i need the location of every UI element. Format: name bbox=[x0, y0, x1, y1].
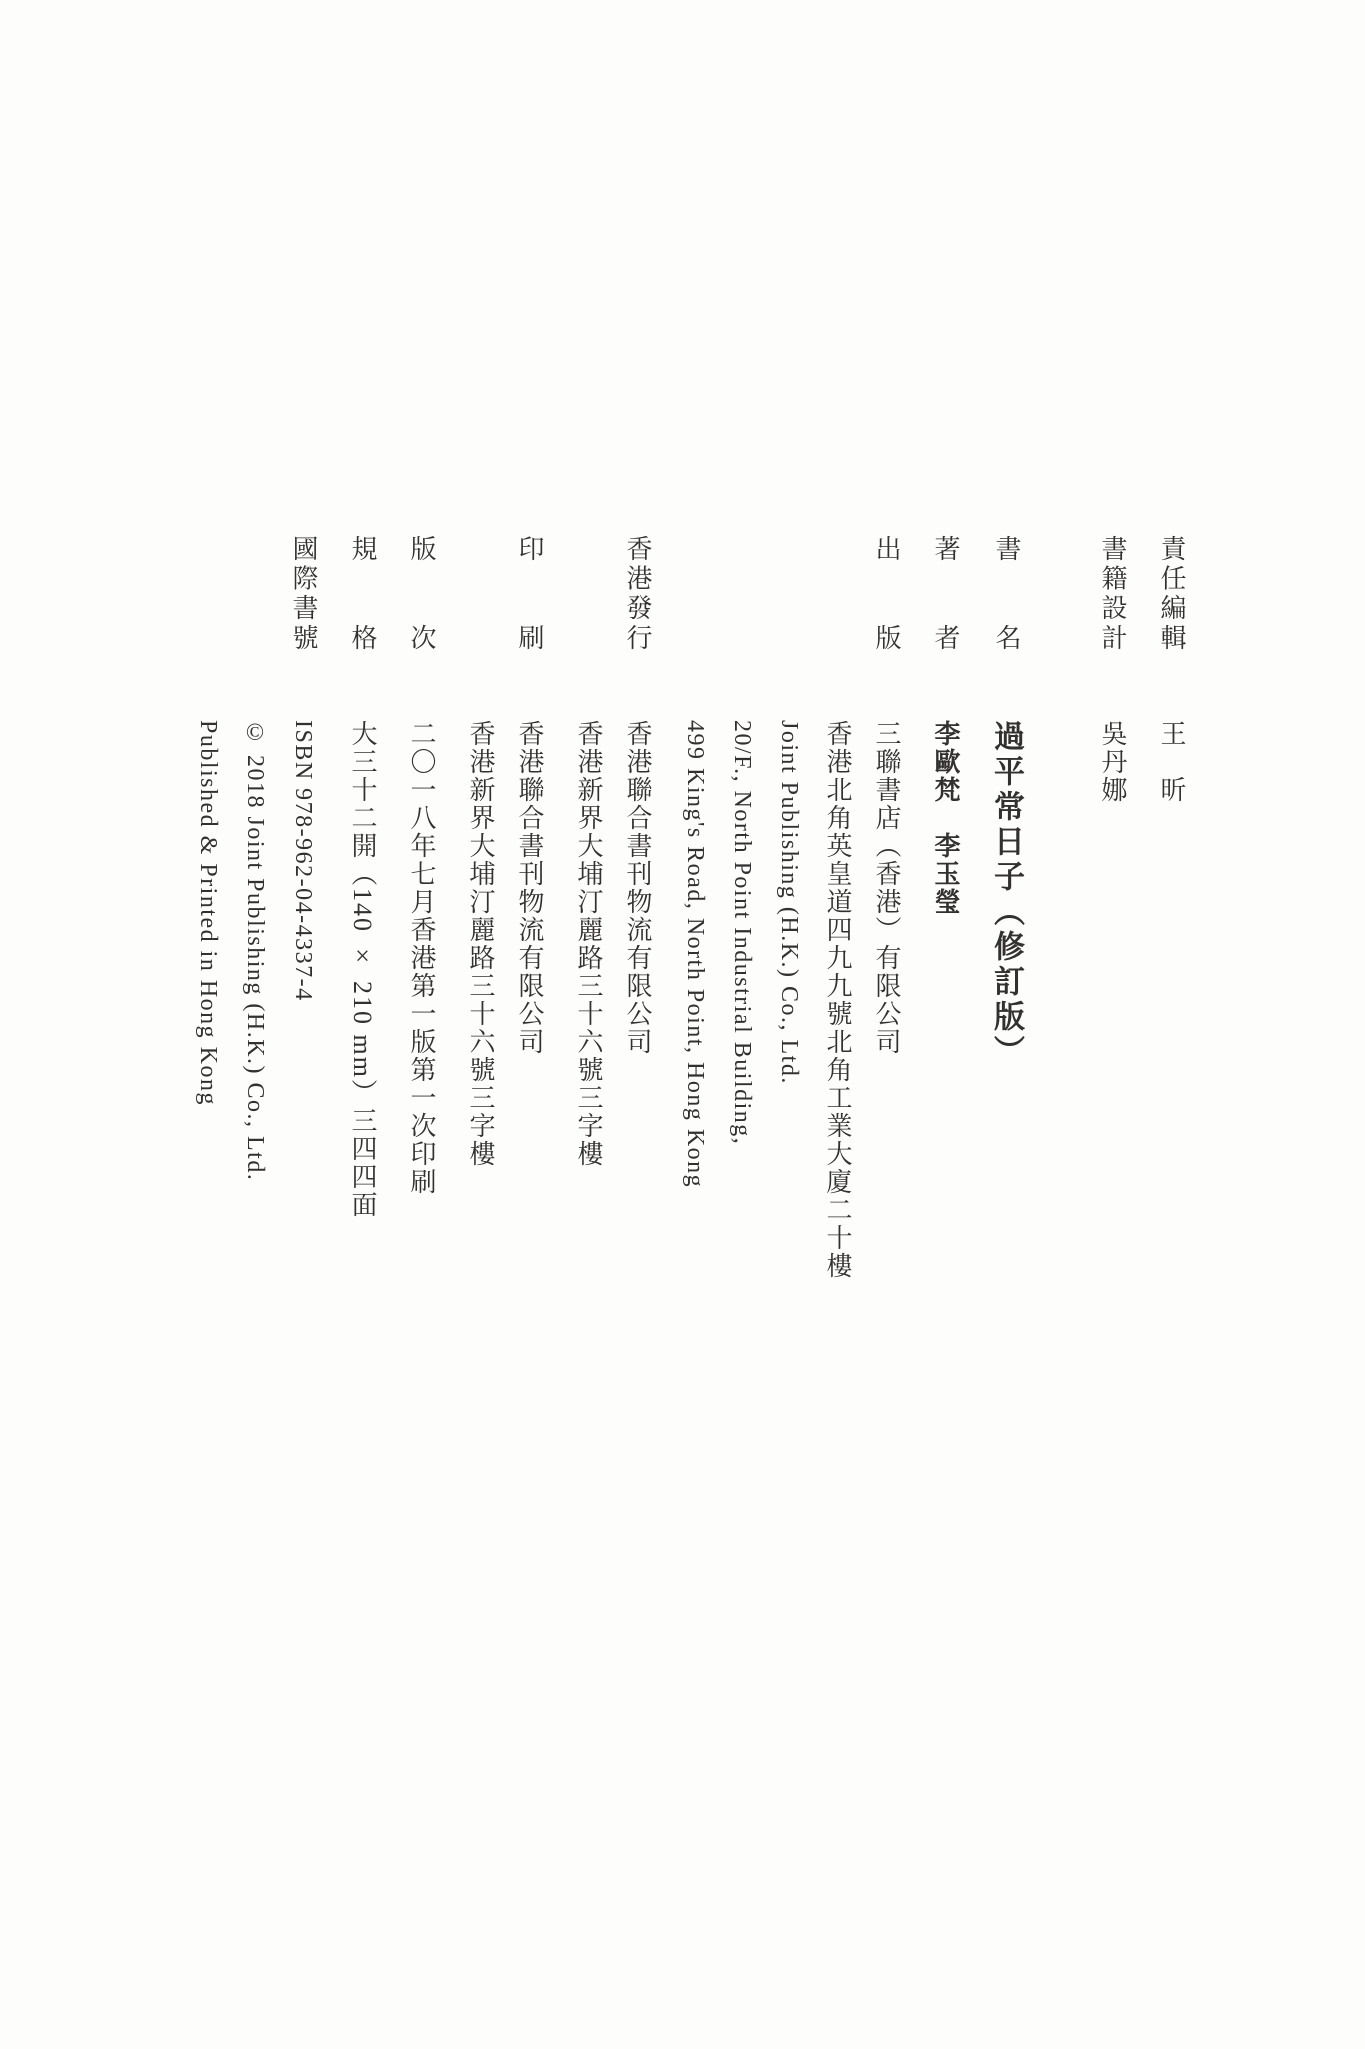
text-column: 香港新界大埔汀麗路三十六號三字樓 bbox=[467, 535, 493, 1280]
entry-edition: 版次二〇一八年七月香港第一版第一次印刷 bbox=[385, 535, 434, 1280]
designer-name: 吳丹娜 bbox=[1098, 720, 1127, 804]
copyright-text: © 2018 Joint Publishing (H.K.) Co., Ltd. bbox=[242, 720, 268, 1181]
text-column: 499 King's Road, North Point, Hong Kong bbox=[683, 535, 707, 1280]
entry-isbn: 國際書號ISBN 978-962-04-4337-4 © 2018 Joint … bbox=[173, 535, 316, 1280]
edition-text: 二〇一八年七月香港第一版第一次印刷 bbox=[407, 720, 436, 1196]
colophon-page: 責任編輯王 昕 書籍設計吳丹娜 書名過平常日子（修訂版） 著者李歐梵 李玉瑩 出… bbox=[0, 0, 1365, 2049]
text-column: 國際書號ISBN 978-962-04-4337-4 bbox=[290, 535, 316, 1280]
entry-author: 著者李歐梵 李玉瑩 bbox=[909, 535, 958, 1280]
entry-book-design: 書籍設計吳丹娜 bbox=[1076, 535, 1125, 1280]
entry-responsible-editor: 責任編輯王 昕 bbox=[1135, 535, 1184, 1280]
entry-hk-distribution: 香港發行香港聯合書刊物流有限公司 香港新界大埔汀麗路三十六號三字樓 bbox=[552, 535, 650, 1280]
text-column: 20/F., North Point Industrial Building, bbox=[730, 535, 754, 1280]
text-column: 香港北角英皇道四九九號北角工業大廈二十樓 bbox=[824, 535, 850, 1280]
publisher-address-cn: 香港北角英皇道四九九號北角工業大廈二十樓 bbox=[823, 720, 852, 1280]
book-title-text: 過平常日子（修訂版） bbox=[989, 720, 1024, 1070]
format-text: 大三十二開（140 × 210 mm）三四四面 bbox=[348, 720, 377, 1219]
publisher-address-en-2: 499 King's Road, North Point, Hong Kong bbox=[682, 720, 708, 1188]
entry-format: 規格大三十二開（140 × 210 mm）三四四面 bbox=[326, 535, 375, 1280]
isbn-number: ISBN 978-962-04-4337-4 bbox=[290, 720, 316, 1002]
publisher-name-en: Joint Publishing (H.K.) Co., Ltd. bbox=[776, 720, 802, 1085]
distributor-name: 香港聯合書刊物流有限公司 bbox=[623, 720, 652, 1056]
text-column: 著者李歐梵 李玉瑩 bbox=[932, 535, 958, 1280]
text-column: 印刷香港聯合書刊物流有限公司 bbox=[516, 535, 542, 1280]
field-label: 出版 bbox=[873, 535, 899, 650]
field-label: 書名 bbox=[993, 535, 1019, 650]
entry-publisher: 出版三聯書店（香港）有限公司 香港北角英皇道四九九號北角工業大廈二十樓 Join… bbox=[660, 535, 899, 1280]
field-label: 規格 bbox=[349, 535, 375, 650]
author-names: 李歐梵 李玉瑩 bbox=[931, 720, 960, 916]
field-label: 書籍設計 bbox=[1099, 535, 1125, 650]
text-column: 責任編輯王 昕 bbox=[1158, 535, 1184, 1280]
entry-printing: 印刷香港聯合書刊物流有限公司 香港新界大埔汀麗路三十六號三字樓 bbox=[444, 535, 542, 1280]
text-column: Published & Printed in Hong Kong bbox=[196, 535, 220, 1280]
field-label: 責任編輯 bbox=[1158, 535, 1184, 650]
field-label: 印刷 bbox=[516, 535, 542, 650]
colophon-block: 責任編輯王 昕 書籍設計吳丹娜 書名過平常日子（修訂版） 著者李歐梵 李玉瑩 出… bbox=[163, 535, 1184, 1280]
field-label: 香港發行 bbox=[624, 535, 650, 650]
entry-book-title: 書名過平常日子（修訂版） bbox=[968, 535, 1022, 1280]
publisher-name: 三聯書店（香港）有限公司 bbox=[872, 720, 901, 1056]
publisher-address-en-1: 20/F., North Point Industrial Building, bbox=[729, 720, 755, 1145]
text-column: 香港新界大埔汀麗路三十六號三字樓 bbox=[575, 535, 601, 1280]
text-column: © 2018 Joint Publishing (H.K.) Co., Ltd. bbox=[243, 535, 267, 1280]
field-label: 國際書號 bbox=[290, 535, 316, 650]
field-label: 著者 bbox=[932, 535, 958, 650]
printed-in-text: Published & Printed in Hong Kong bbox=[195, 720, 221, 1106]
text-column: 版次二〇一八年七月香港第一版第一次印刷 bbox=[408, 535, 434, 1280]
text-column: 出版三聯書店（香港）有限公司 bbox=[873, 535, 899, 1280]
text-column: 香港發行香港聯合書刊物流有限公司 bbox=[624, 535, 650, 1280]
text-column: 規格大三十二開（140 × 210 mm）三四四面 bbox=[349, 535, 375, 1280]
text-column: 書籍設計吳丹娜 bbox=[1099, 535, 1125, 1280]
editor-name: 王 昕 bbox=[1157, 720, 1186, 804]
printer-address: 香港新界大埔汀麗路三十六號三字樓 bbox=[466, 720, 495, 1168]
printer-name: 香港聯合書刊物流有限公司 bbox=[515, 720, 544, 1056]
text-column: Joint Publishing (H.K.) Co., Ltd. bbox=[777, 535, 801, 1280]
distributor-address: 香港新界大埔汀麗路三十六號三字樓 bbox=[574, 720, 603, 1168]
text-column: 書名過平常日子（修訂版） bbox=[991, 535, 1022, 1280]
field-label: 版次 bbox=[408, 535, 434, 650]
